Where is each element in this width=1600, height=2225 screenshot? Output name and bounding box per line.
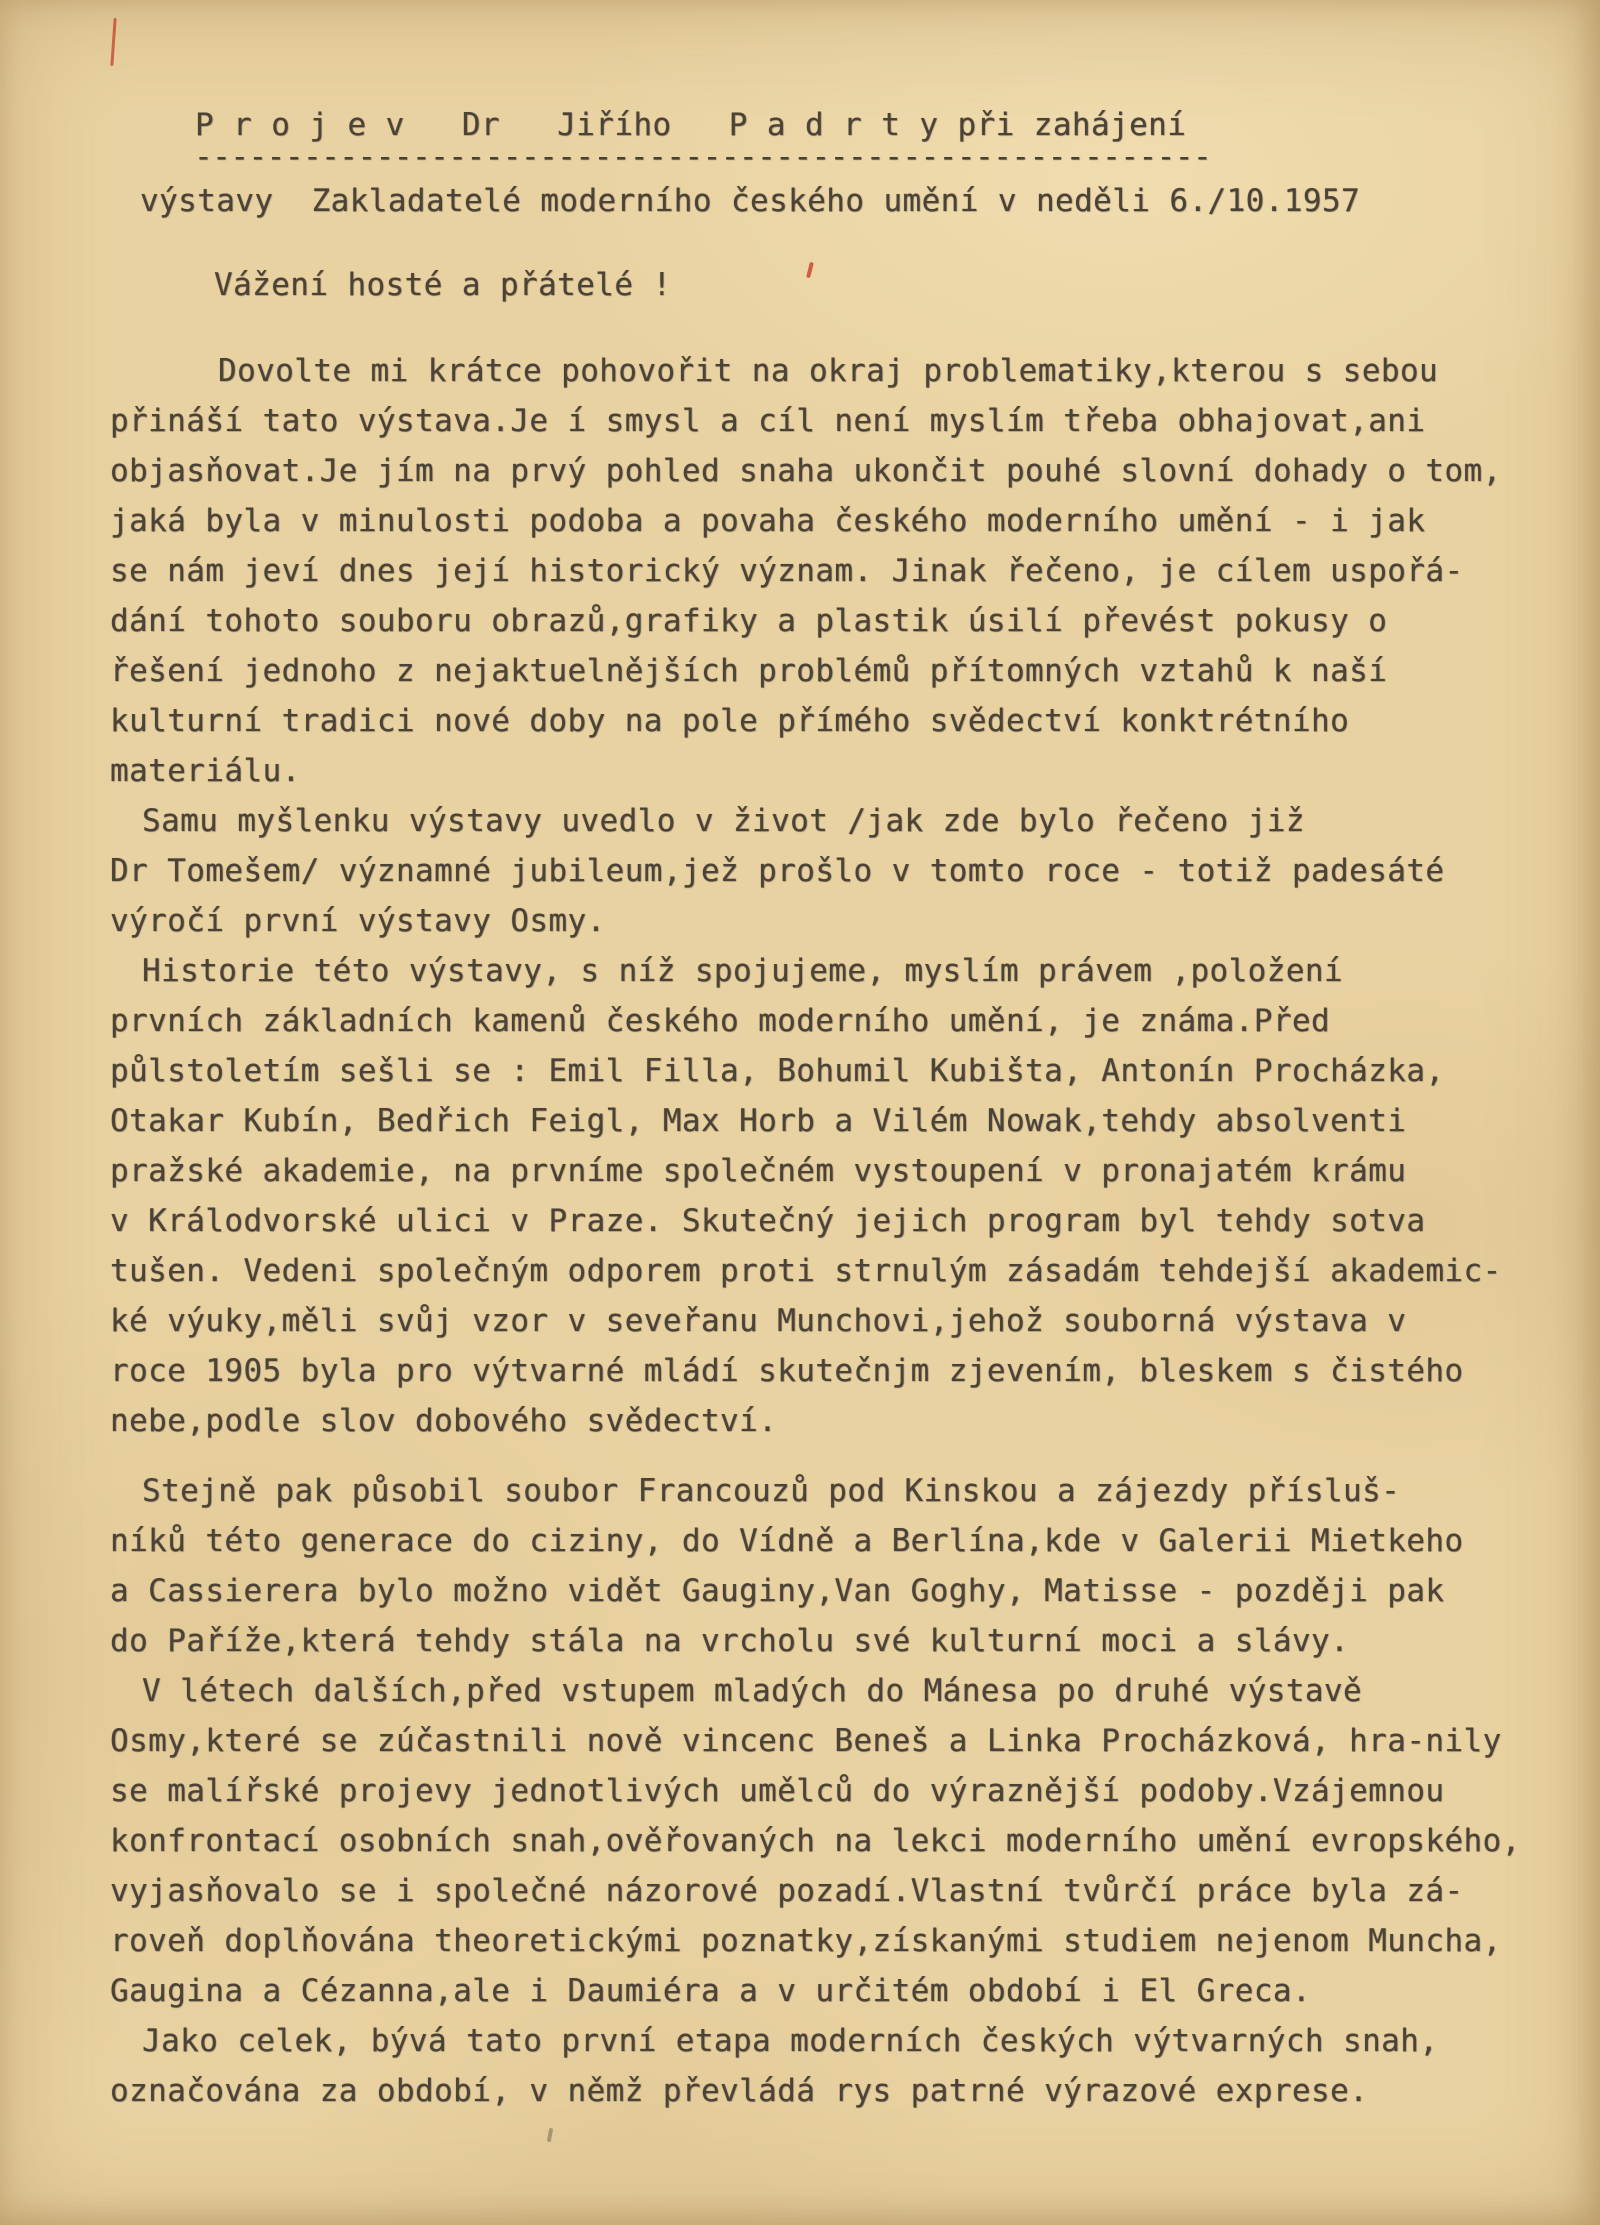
text-line: V létech dalších,před vstupem mladých do… bbox=[110, 1666, 1550, 1716]
text-line: do Paříže,která tehdy stála na vrcholu s… bbox=[110, 1616, 1550, 1666]
text-line: přináší tato výstava.Je í smysl a cíl ne… bbox=[110, 396, 1550, 446]
document-body: Dovolte mi krátce pohovořit na okraj pro… bbox=[110, 346, 1550, 2116]
paragraph: Samu myšlenku výstavy uvedlo v život /ja… bbox=[110, 796, 1550, 946]
document-subtitle: výstavy Zakladatelé moderního českého um… bbox=[140, 176, 1550, 226]
paragraph: Stejně pak působil soubor Francouzů pod … bbox=[110, 1466, 1550, 1666]
text-line: označována za období, v němž převládá ry… bbox=[110, 2066, 1550, 2116]
text-line: tušen. Vedeni společným odporem proti st… bbox=[110, 1246, 1550, 1296]
text-line: v Králodvorské ulici v Praze. Skutečný j… bbox=[110, 1196, 1550, 1246]
red-ink-mark bbox=[110, 18, 116, 66]
text-line: řešení jednoho z nejaktuelnějších problé… bbox=[110, 646, 1550, 696]
text-line: Historie této výstavy, s níž spojujeme, … bbox=[110, 946, 1550, 996]
text-line: pražské akademie, na prvníme společném v… bbox=[110, 1146, 1550, 1196]
text-line: Dovolte mi krátce pohovořit na okraj pro… bbox=[110, 346, 1550, 396]
text-line: Osmy,které se zúčastnili nově vincenc Be… bbox=[110, 1716, 1550, 1766]
text-line: konfrontací osobních snah,ověřovaných na… bbox=[110, 1816, 1550, 1866]
text-line: roce 1905 byla pro výtvarné mládí skuteč… bbox=[110, 1346, 1550, 1396]
text-line: Samu myšlenku výstavy uvedlo v život /ja… bbox=[110, 796, 1550, 846]
paragraph: Historie této výstavy, s níž spojujeme, … bbox=[110, 946, 1550, 1446]
text-line: Gaugina a Cézanna,ale i Daumiéra a v urč… bbox=[110, 1966, 1550, 2016]
text-line: materiálu. bbox=[110, 746, 1550, 796]
pencil-mark bbox=[547, 2128, 553, 2142]
text-line: Jako celek, bývá tato první etapa modern… bbox=[110, 2016, 1550, 2066]
text-line: prvních základních kamenů českého modern… bbox=[110, 996, 1550, 1046]
salutation: Vážení hosté a přátelé ! bbox=[110, 260, 1550, 310]
text-line: objasňovat.Je jím na prvý pohled snaha u… bbox=[110, 446, 1550, 496]
paragraph: Dovolte mi krátce pohovořit na okraj pro… bbox=[110, 346, 1550, 796]
text-line: se malířské projevy jednotlivých umělců … bbox=[110, 1766, 1550, 1816]
typewritten-content: P r o j e v Dr Jiřího P a d r t y při za… bbox=[110, 100, 1550, 2116]
text-line: vyjasňovalo se i společné názorové pozad… bbox=[110, 1866, 1550, 1916]
text-line: dání tohoto souboru obrazů,grafiky a pla… bbox=[110, 596, 1550, 646]
text-line: jaká byla v minulosti podoba a povaha če… bbox=[110, 496, 1550, 546]
paragraph: V létech dalších,před vstupem mladých do… bbox=[110, 1666, 1550, 2016]
text-line: výročí první výstavy Osmy. bbox=[110, 896, 1550, 946]
document-page: P r o j e v Dr Jiřího P a d r t y při za… bbox=[0, 0, 1600, 2225]
text-line: a Cassierera bylo možno vidět Gauginy,Va… bbox=[110, 1566, 1550, 1616]
text-line: Otakar Kubín, Bedřich Feigl, Max Horb a … bbox=[110, 1096, 1550, 1146]
text-line: ké výuky,měli svůj vzor v seveřanu Munch… bbox=[110, 1296, 1550, 1346]
text-line: Dr Tomešem/ významné jubileum,jež prošlo… bbox=[110, 846, 1550, 896]
text-line: kulturní tradici nové doby na pole přímé… bbox=[110, 696, 1550, 746]
text-line: níků této generace do ciziny, do Vídně a… bbox=[110, 1516, 1550, 1566]
text-line: půlstoletím sešli se : Emil Filla, Bohum… bbox=[110, 1046, 1550, 1096]
text-line: Stejně pak působil soubor Francouzů pod … bbox=[110, 1466, 1550, 1516]
text-line: roveň doplňována theoretickými poznatky,… bbox=[110, 1916, 1550, 1966]
text-line: se nám jeví dnes její historický význam.… bbox=[110, 546, 1550, 596]
text-line: nebe,podle slov dobového svědectví. bbox=[110, 1396, 1550, 1446]
paragraph: Jako celek, bývá tato první etapa modern… bbox=[110, 2016, 1550, 2116]
title-underline: ----------------------------------------… bbox=[194, 142, 1550, 172]
